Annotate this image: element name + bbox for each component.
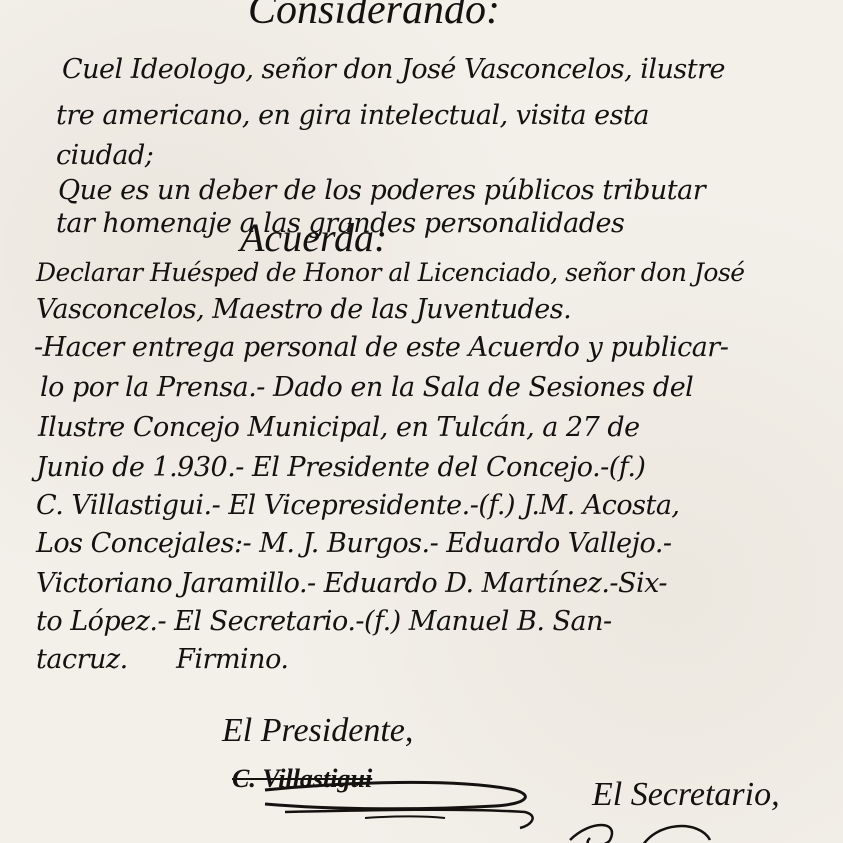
considerando-line: ciudad; xyxy=(56,140,153,171)
considerando-line: Cuel Ideologo, señor don José Vasconcelo… xyxy=(62,54,725,85)
acuerda-line: Los Concejales:- M. J. Burgos.- Eduardo … xyxy=(36,528,672,559)
acuerda-line: Declarar Huésped de Honor al Licenciado,… xyxy=(36,258,745,287)
considerando-line: tre americano, en gira intelectual, visi… xyxy=(56,100,649,131)
acuerda-line: Junio de 1.930.- El Presidente del Conce… xyxy=(36,452,645,483)
acuerda-line: Ilustre Concejo Municipal, en Tulcán, a … xyxy=(38,412,640,443)
president-label: El Presidente, xyxy=(222,712,413,750)
acuerda-line: lo por la Prensa.- Dado en la Sala de Se… xyxy=(40,372,693,403)
signature-flourish-icon xyxy=(225,760,545,830)
considerando-line: Que es un deber de los poderes públicos … xyxy=(58,175,705,206)
acuerda-line: Victoriano Jaramillo.- Eduardo D. Martín… xyxy=(36,568,667,599)
acuerda-line: -Hacer entrega personal de este Acuerdo … xyxy=(34,332,728,363)
secretary-flourish-icon xyxy=(560,810,760,843)
secretary-label: El Secretario, xyxy=(592,776,780,814)
heading-considerando: Considerando: xyxy=(248,0,500,34)
acuerda-line: to López.- El Secretario.-(f.) Manuel B.… xyxy=(36,606,612,637)
acuerda-line: C. Villastigui.- El Vicepresidente.-(f.)… xyxy=(36,490,680,521)
acuerda-line: tacruz. Firmino. xyxy=(36,644,288,675)
heading-acuerda: Acuerda: xyxy=(240,214,387,261)
acuerda-line: Vasconcelos, Maestro de las Juventudes. xyxy=(36,294,571,325)
